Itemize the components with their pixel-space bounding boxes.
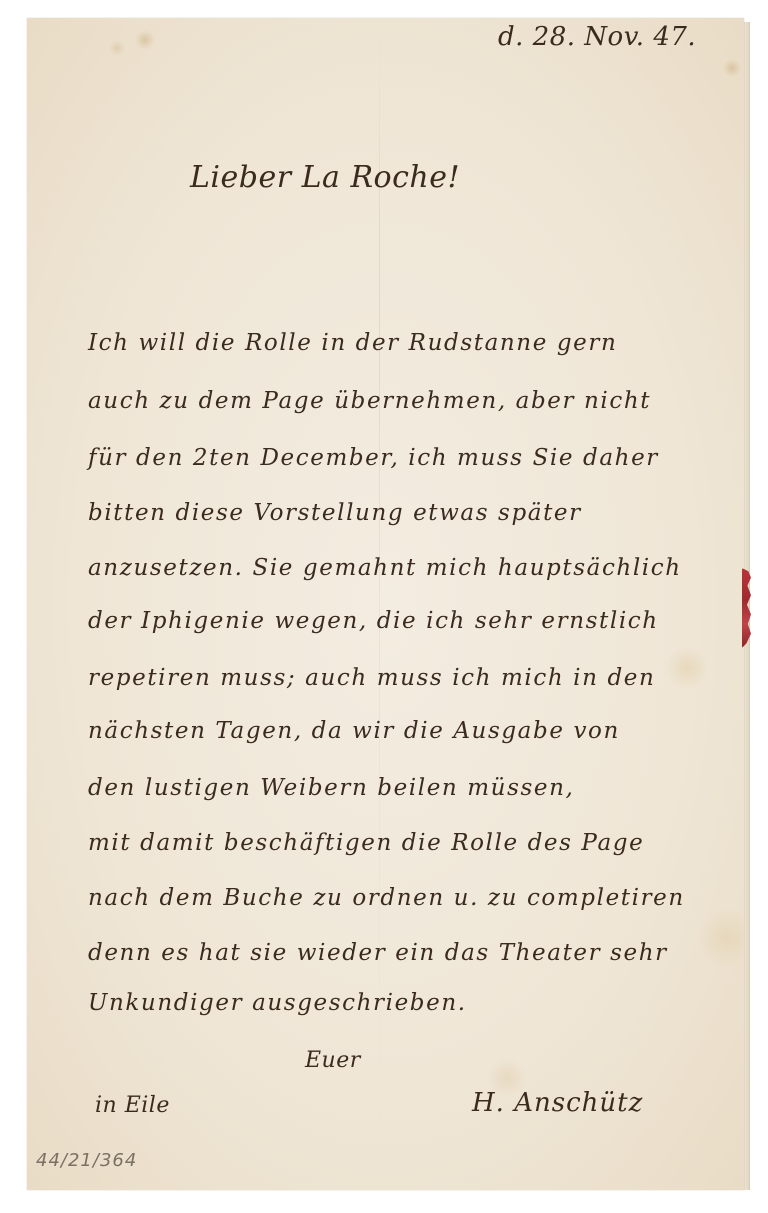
body-line-2: auch zu dem Page übernehmen, aber nicht [88,388,651,414]
letter-closing: Euer [305,1048,361,1073]
body-line-13: Unkundiger ausgeschrieben. [88,990,467,1016]
archive-number: 44/21/364 [36,1150,137,1171]
body-line-5: anzusetzen. Sie gemahnt mich hauptsächli… [88,555,682,581]
body-line-11: nach dem Buche zu ordnen u. zu completir… [88,885,685,911]
body-line-10: mit damit beschäftigen die Rolle des Pag… [88,830,644,856]
body-line-8: nächsten Tagen, da wir die Ausgabe von [88,718,620,744]
letter-date: d. 28. Nov. 47. [498,22,696,52]
body-line-4: bitten diese Vorstellung etwas später [88,500,582,526]
body-line-7: repetiren muss; auch muss ich mich in de… [88,665,655,691]
body-line-1: Ich will die Rolle in der Rudstanne gern [88,330,617,356]
body-line-12: denn es hat sie wieder ein das Theater s… [88,940,668,966]
letter-salutation: Lieber La Roche! [190,160,460,195]
body-line-3: für den 2ten December, ich muss Sie dahe… [88,445,659,471]
body-line-9: den lustigen Weibern beilen müssen, [88,775,574,801]
body-line-6: der Iphigenie wegen, die ich sehr ernstl… [88,608,659,634]
letter-postscript: in Eile [95,1093,170,1118]
letter-signature: H. Anschütz [472,1088,643,1118]
